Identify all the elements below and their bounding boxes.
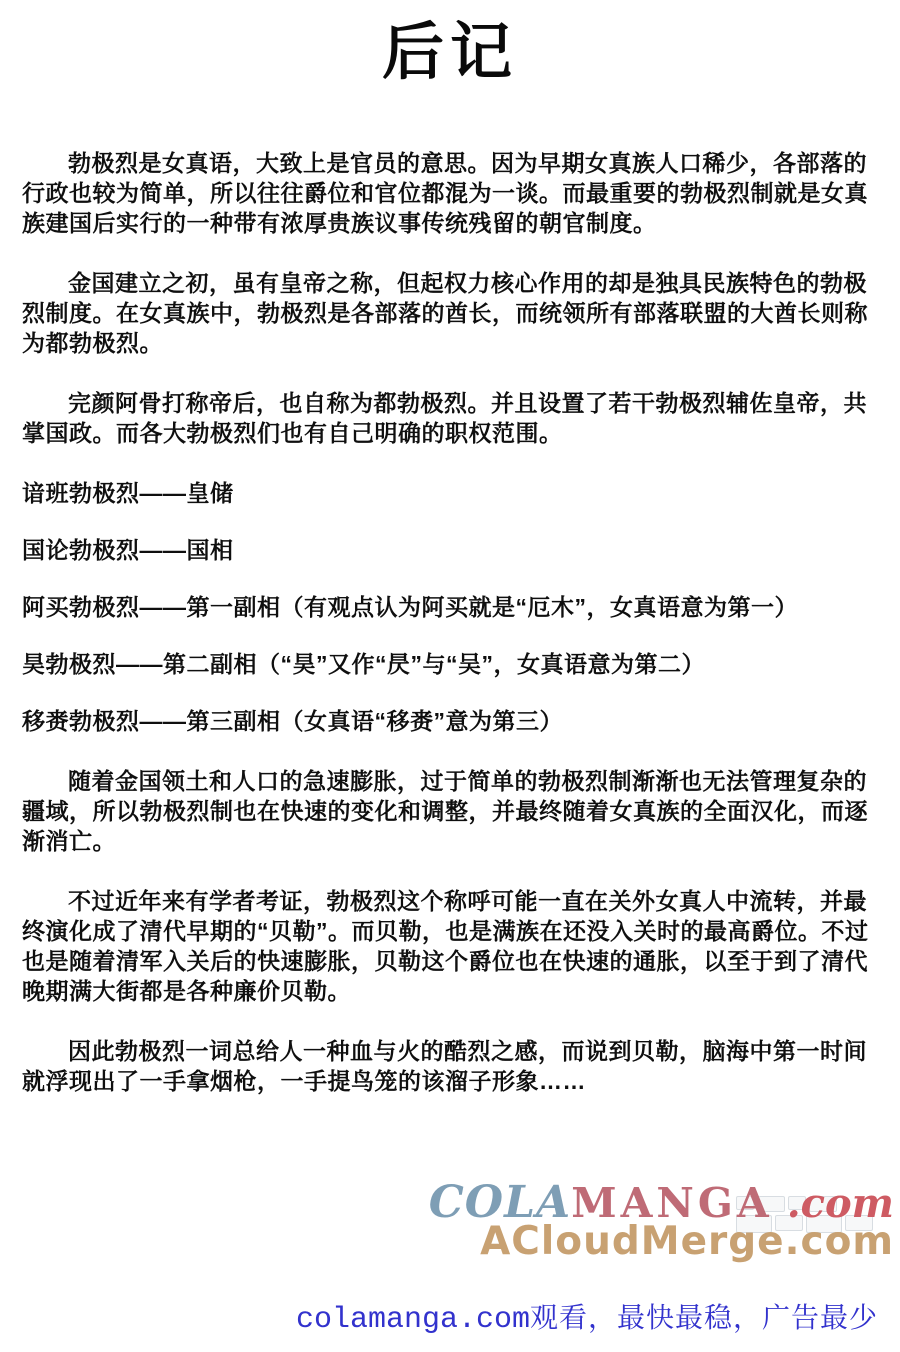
list-item-hao: 昊勃极烈——第二副相（“昊”又作“昃”与“吴”，女真语意为第二）	[22, 649, 878, 679]
paragraph-2: 金国建立之初，虽有皇帝之称，但起权力核心作用的却是独具民族特色的勃极烈制度。在女…	[22, 268, 878, 358]
paragraph-3: 完颜阿骨打称帝后，也自称为都勃极烈。并且设置了若干勃极烈辅佐皇帝，共掌国政。而各…	[22, 388, 878, 448]
site-footer-tagline: colamanga.com观看，最快最稳，广告最少	[296, 1296, 878, 1337]
list-item-guolun: 国论勃极烈——国相	[22, 535, 878, 565]
footer-site-url: colamanga.com	[296, 1303, 530, 1337]
page-title: 后记	[22, 18, 878, 88]
paragraph-1: 勃极烈是女真语，大致上是官员的意思。因为早期女真族人口稀少，各部落的行政也较为简…	[22, 148, 878, 238]
footer-tagline-text: 观看，最快最稳，广告最少	[530, 1302, 878, 1333]
list-item-anban: 谙班勃极烈——皇储	[22, 478, 878, 508]
text-content: 后记 勃极烈是女真语，大致上是官员的意思。因为早期女真族人口稀少，各部落的行政也…	[0, 18, 900, 1096]
paragraph-5: 不过近年来有学者考证，勃极烈这个称呼可能一直在关外女真人中流转，并最终演化成了清…	[22, 886, 878, 1006]
paragraph-6: 因此勃极烈一词总给人一种血与火的酷烈之感，而说到贝勒，脑海中第一时间就浮现出了一…	[22, 1036, 878, 1096]
acloudmerge-watermark: ACloudMerge.com	[480, 1221, 894, 1263]
afterword-page: 后记 勃极烈是女真语，大致上是官员的意思。因为早期女真族人口稀少，各部落的行政也…	[0, 0, 900, 1352]
list-item-yilai: 移赉勃极烈——第三副相（女真语“移赉”意为第三）	[22, 706, 878, 736]
list-item-amai: 阿买勃极烈——第一副相（有观点认为阿买就是“厄木”，女真语意为第一）	[22, 592, 878, 622]
paragraph-4: 随着金国领土和人口的急速膨胀，过于简单的勃极烈制渐渐也无法管理复杂的疆域，所以勃…	[22, 766, 878, 856]
